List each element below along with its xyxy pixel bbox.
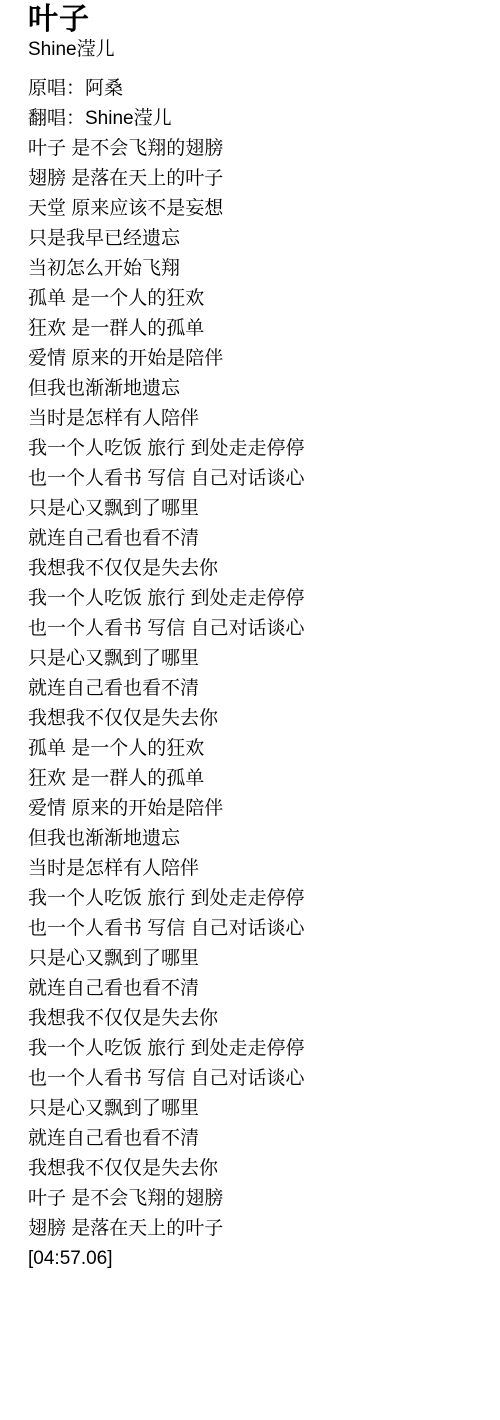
lyric-line: 天堂 原来应该不是妄想	[28, 194, 480, 224]
lyric-line: 只是心又飘到了哪里	[28, 644, 480, 674]
lyric-line: 狂欢 是一群人的孤单	[28, 314, 480, 344]
lyric-line: 叶子 是不会飞翔的翅膀	[28, 134, 480, 164]
lyrics-page: 叶子 Shine滢儿 原唱：阿桑翻唱：Shine滢儿叶子 是不会飞翔的翅膀翅膀 …	[0, 0, 500, 1274]
lyric-line: 也一个人看书 写信 自己对话谈心	[28, 464, 480, 494]
page-title: 叶子	[28, 2, 480, 38]
lyric-line: 就连自己看也看不清	[28, 524, 480, 554]
lyric-line: 只是我早已经遗忘	[28, 224, 480, 254]
lyric-line: 也一个人看书 写信 自己对话谈心	[28, 914, 480, 944]
lyric-line: 叶子 是不会飞翔的翅膀	[28, 1184, 480, 1214]
lyric-line: 狂欢 是一群人的孤单	[28, 764, 480, 794]
lyric-line: 只是心又飘到了哪里	[28, 944, 480, 974]
lyrics-body: 原唱：阿桑翻唱：Shine滢儿叶子 是不会飞翔的翅膀翅膀 是落在天上的叶子天堂 …	[28, 74, 480, 1274]
lyric-line: 我一个人吃饭 旅行 到处走走停停	[28, 584, 480, 614]
lyric-line: 我想我不仅仅是失去你	[28, 1004, 480, 1034]
lyric-line: 也一个人看书 写信 自己对话谈心	[28, 1064, 480, 1094]
lyric-line: 我想我不仅仅是失去你	[28, 1154, 480, 1184]
lyric-line: 翅膀 是落在天上的叶子	[28, 1214, 480, 1244]
lyric-line: 我想我不仅仅是失去你	[28, 554, 480, 584]
lyric-line: 当初怎么开始飞翔	[28, 254, 480, 284]
lyric-line: 翻唱：Shine滢儿	[28, 104, 480, 134]
lyric-line: 爱情 原来的开始是陪伴	[28, 794, 480, 824]
lyric-line: 我一个人吃饭 旅行 到处走走停停	[28, 1034, 480, 1064]
lyric-line: 就连自己看也看不清	[28, 1124, 480, 1154]
lyric-line: 就连自己看也看不清	[28, 974, 480, 1004]
lyric-line: 孤单 是一个人的狂欢	[28, 284, 480, 314]
lyric-line: 爱情 原来的开始是陪伴	[28, 344, 480, 374]
lyric-line: 我一个人吃饭 旅行 到处走走停停	[28, 884, 480, 914]
lyric-line: 当时是怎样有人陪伴	[28, 404, 480, 434]
lyric-line: 我想我不仅仅是失去你	[28, 704, 480, 734]
lyric-line: 当时是怎样有人陪伴	[28, 854, 480, 884]
lyric-line: 原唱：阿桑	[28, 74, 480, 104]
lyric-line: 但我也渐渐地遗忘	[28, 824, 480, 854]
artist-name: Shine滢儿	[28, 38, 480, 62]
lyric-line: 就连自己看也看不清	[28, 674, 480, 704]
lyric-line: 我一个人吃饭 旅行 到处走走停停	[28, 434, 480, 464]
lyric-line: 只是心又飘到了哪里	[28, 494, 480, 524]
lyric-line: 也一个人看书 写信 自己对话谈心	[28, 614, 480, 644]
lyric-line: 翅膀 是落在天上的叶子	[28, 164, 480, 194]
lyric-line: 孤单 是一个人的狂欢	[28, 734, 480, 764]
lyric-line: 但我也渐渐地遗忘	[28, 374, 480, 404]
timestamp-line: [04:57.06]	[28, 1244, 480, 1274]
lyric-line: 只是心又飘到了哪里	[28, 1094, 480, 1124]
